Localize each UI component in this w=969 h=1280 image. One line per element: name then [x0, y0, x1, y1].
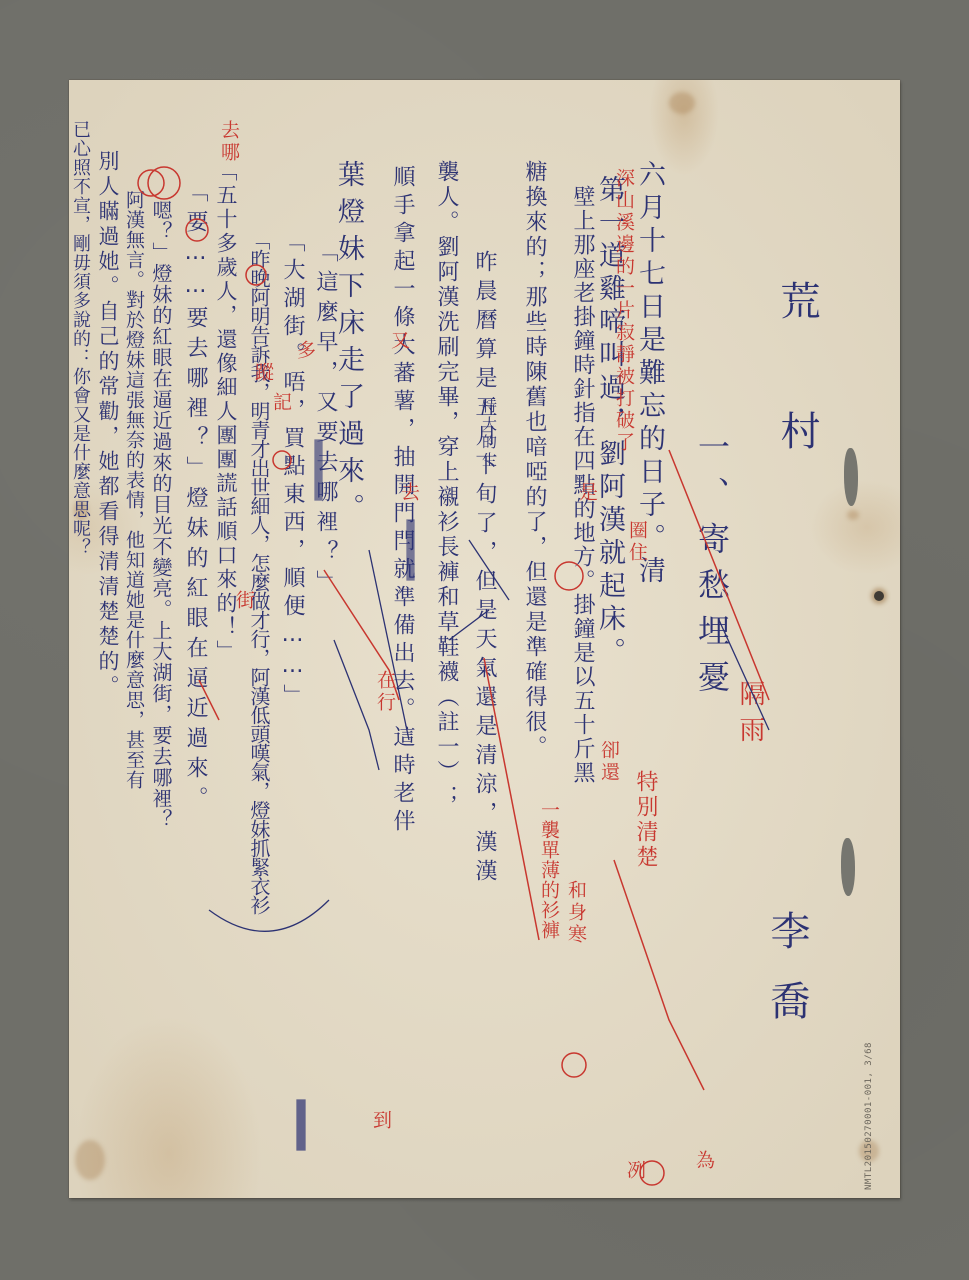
text-column: 葉燈妹下床走了過來。	[335, 160, 362, 530]
paper-damage	[841, 838, 855, 896]
correction-note: 記	[271, 392, 290, 414]
text-column: 阿漢無言。對於燈妹這張無奈的表情，他知道她是什麼意思，甚至有	[124, 190, 143, 790]
marginal-note: 隔雨	[737, 680, 763, 752]
text-column: 「要……要去哪裡？」燈妹的紅眼在逼近過來。	[184, 180, 206, 816]
title: 荒村	[769, 280, 826, 540]
archive-catalog-number: NMTL20150270001-001, 3/68	[864, 1042, 874, 1190]
correction-note: 卻還	[599, 740, 618, 784]
correction-note: 蹤	[253, 362, 272, 384]
correction-note: 去	[399, 482, 418, 504]
paper-damage	[844, 448, 858, 506]
author-name: 李喬	[759, 910, 816, 1050]
text-column: 嗯？」燈妹的紅眼在逼近過來的目光不變亮。上大湖街，要去哪裡？	[151, 200, 171, 830]
correction-note: 特大的生	[481, 398, 496, 470]
text-column: 昨晨曆算是五月下旬了，但是天氣還是清涼，漢漢	[473, 250, 495, 888]
correction-note: 冽	[625, 1160, 644, 1182]
manuscript-page: 荒村 一、寄愁埋憂 李喬 隔雨 六月十七日是難忘的日子。清 第一道雞啼叫過，劉阿…	[69, 80, 900, 1198]
chapter-heading: 一、寄愁埋憂	[689, 430, 735, 706]
correction-note: 和身寒	[566, 880, 585, 946]
correction-note: 是	[577, 482, 596, 504]
text-column: 「這麼早，又要去哪裡？」	[314, 240, 336, 600]
correction-note: 一襲單薄的衫褲	[539, 800, 558, 940]
text-column: 已心照不宣，剛毋須多說的：你會又是什麼意思呢？	[71, 120, 89, 557]
correction-note: 又	[389, 330, 408, 352]
paper-stain	[847, 510, 859, 520]
text-column: 糖換來的；那些時陳舊也喑啞的了，但還是準確得很。	[523, 160, 545, 760]
correction-note: 去哪	[219, 120, 238, 164]
text-column: 襲人。劉阿漢洗刷完畢，穿上襯衫長褲和草鞋襪（註一）；	[435, 160, 457, 810]
punch-hole	[874, 591, 884, 601]
text-column: 「五十多歲人，還像細人團團謊話順口來的！」	[215, 160, 236, 664]
text-column: 「昨晚阿明告訴我，明青才出世細人，怎麼做才行，阿漢低頭嘆氣，燈妹抓緊衣衫	[249, 230, 269, 914]
paper-stain	[669, 92, 695, 114]
correction-note: 特別清楚	[634, 770, 656, 870]
correction-note: 到	[371, 1110, 390, 1132]
paper-stain	[75, 1140, 105, 1180]
correction-note: 為	[694, 1150, 713, 1172]
correction-note: 多	[295, 340, 314, 362]
text-column: 「大湖街。唔，買點東西，順便……」	[281, 230, 303, 712]
text-column: 別人瞞過她。自己的常勸，她都看得清清楚楚的。	[97, 150, 118, 700]
correction-note: 圈住	[627, 520, 646, 564]
correction-note: 深山溪邊的一片寂靜被打破了	[614, 168, 633, 454]
correction-note: 街	[234, 590, 253, 612]
correction-note: 在行	[375, 670, 394, 714]
